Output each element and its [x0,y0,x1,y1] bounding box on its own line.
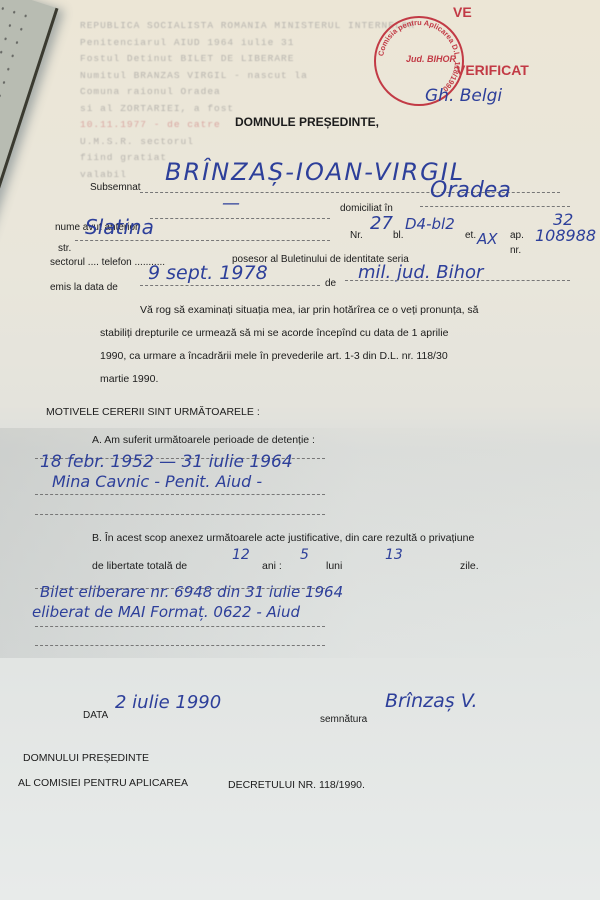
subsemnat-label: Subsemnat [90,182,141,193]
justification-issuer-value: eliberat de MAI Formaț. 0622 - Aiud [32,603,300,621]
days-value: 13 [385,547,403,563]
street-value: Slatina [85,215,154,239]
detention-period-value: 18 febr. 1952 — 31 iulie 1964 [40,452,293,472]
request-paragraph-line: martie 1990. [100,373,158,385]
verified-mark-top: VE [453,4,472,20]
emis-date-value: 9 sept. 1978 [148,262,268,284]
id-nr-label: nr. [510,245,521,256]
adjacent-paper-edge [0,0,58,237]
street-line [75,240,330,241]
years-value: 12 [232,547,250,563]
bl-value: D4-bl2 [405,215,455,233]
id-nr-value: 108988 [535,226,596,245]
applicant-signature: Brînzaș V. [385,690,478,712]
document-page: REPUBLICA SOCIALISTA ROMANIA MINISTERUL … [0,0,600,900]
request-paragraph-line: 1990, ca urmare a încadrării mele în pre… [100,350,448,362]
emis-line [140,285,320,286]
nume-anterior-line [150,218,330,219]
section-b-line [35,626,325,627]
bg-line: REPUBLICA SOCIALISTA ROMANIA MINISTERUL … [80,18,600,35]
verified-stamp: VERIFICAT [456,62,529,78]
addressee-line: DECRETULUI NR. 118/1990. [228,779,365,791]
issuer-line [345,280,570,281]
months-value: 5 [300,547,309,563]
domiciliat-line [420,206,570,207]
addressee-line: DOMNULUI PREȘEDINTE [23,752,149,764]
ap-label: ap. [510,230,524,241]
date-value: 2 iulie 1990 [115,692,221,713]
de-label: de [325,278,336,289]
dot-pattern [0,0,33,201]
days-label: zile. [460,560,479,572]
deprivation-prefix: de libertate totală de [92,560,187,572]
bl-label: bl. [393,230,404,241]
signature-label: semnătura [320,714,367,725]
date-label: DATA [83,710,108,721]
bg-line: Comuna raionul Oradea [80,84,600,101]
request-paragraph-line: Vă rog să examinați situația mea, iar pr… [140,304,479,316]
section-a-label: A. Am suferit următoarele perioade de de… [92,434,315,446]
bg-line: U.M.S.R. sectorul [80,134,600,151]
applicant-name-value: BRÎNZAȘ-IOAN-VIRGIL [165,158,465,186]
str-label: str. [58,243,71,254]
months-label: luni [326,560,342,572]
et-label: et. [465,230,476,241]
verifier-signature: Gh. Belgi [425,86,502,106]
bg-line: Penitenciarul AIUD 1964 iulie 31 [80,35,600,52]
stamp-center-text: Jud. BIHOR [406,54,456,64]
section-a-line [35,514,325,515]
nr-value: 27 [370,213,393,234]
domiciliat-value: Oradea [430,178,511,203]
years-label: ani : [262,560,282,572]
request-paragraph-line: stabiliți drepturile ce urmează să mi se… [100,327,448,339]
section-b-label: B. În acest scop anexez următoarele acte… [92,532,474,544]
motive-heading: MOTIVELE CERERII SINT URMĂTOARELE : [46,406,260,418]
id-series-value: AX [477,230,498,248]
addressee-line: AL COMISIEI PENTRU APLICAREA [18,777,188,789]
emis-label: emis la data de [50,282,118,293]
page-title: DOMNULE PREȘEDINTE, [235,115,379,129]
section-b-line [35,645,325,646]
nr-label: Nr. [350,230,363,241]
justification-doc-value: Bilet eliberare nr. 6948 din 31 iulie 19… [40,583,343,601]
section-a-line [35,494,325,495]
nume-anterior-value: — [222,193,240,214]
detention-place-value: Mina Cavnic - Penit. Aiud - [52,472,262,491]
